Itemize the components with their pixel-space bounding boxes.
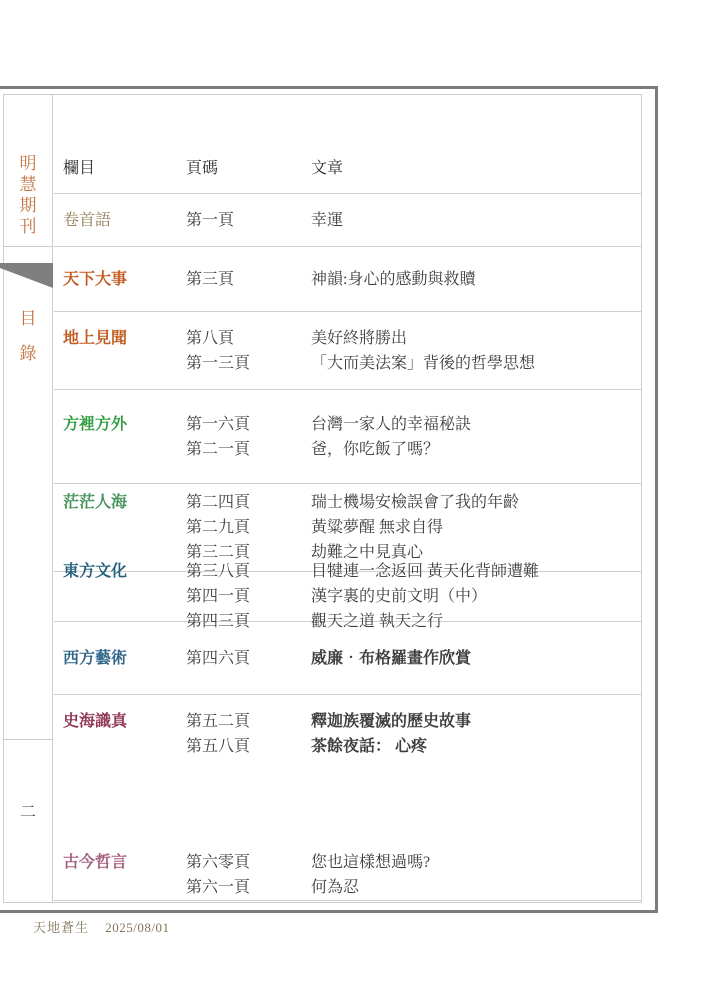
magazine-title-char: 期 [20, 197, 37, 214]
page-ref: 第六一頁 [186, 875, 311, 900]
page-ref: 第一三頁 [186, 351, 311, 376]
toc-label-char: 錄 [20, 345, 37, 362]
article-title: 爸，你吃飯了嗎？ [311, 437, 641, 462]
page-ref: 第二九頁 [186, 515, 311, 540]
publication-name: 天地蒼生 [33, 920, 89, 935]
magazine-title-char: 明 [20, 155, 37, 172]
column-header-article: 文章 [311, 155, 641, 178]
page-ref: 第一六頁 [186, 412, 311, 437]
table-row: 古今哲言第六零頁您也這樣想過嗎?第六一頁何為忍 [54, 850, 641, 901]
category-label: 方裡方外 [54, 412, 186, 437]
page-ref: 第三八頁 [186, 559, 311, 584]
toc-entry: 第二一頁爸，你吃飯了嗎？ [186, 437, 641, 462]
toc-entry: 第四六頁威廉‧布格羅畫作欣賞 [186, 646, 641, 671]
magazine-toc-page: 明慧期刊 目錄 二 欄目 頁碼 文章 卷首語第一頁幸運天下大事第三頁神韻:身心的… [0, 0, 707, 1000]
page-ref: 第八頁 [186, 326, 311, 351]
toc-entry: 第五八頁茶餘夜話： 心疼 [186, 734, 641, 759]
category-label: 西方藝術 [54, 646, 186, 671]
article-title: 瑞士機場安檢誤會了我的年齡 [311, 490, 641, 515]
table-row: 史海識真第五二頁釋迦族覆滅的歷史故事第五八頁茶餘夜話： 心疼 [54, 695, 641, 850]
article-title: 神韻:身心的感動與救贖 [311, 267, 641, 292]
magazine-title: 明慧期刊 [4, 155, 52, 235]
page-ref: 第四一頁 [186, 584, 311, 609]
sidebar-divider-top [4, 246, 52, 247]
issue-date: 2025/08/01 [105, 920, 169, 935]
page-ref: 第二四頁 [186, 490, 311, 515]
table-row: 天下大事第三頁神韻:身心的感動與救贖 [54, 247, 641, 312]
toc-entry: 第八頁美好終將勝出 [186, 326, 641, 351]
table-row: 地上見聞第八頁美好終將勝出第一三頁「大而美法案」背後的哲學思想 [54, 312, 641, 390]
article-title: 黃粱夢醒 無求自得 [311, 515, 641, 540]
toc-entry: 第六一頁何為忍 [186, 875, 641, 900]
toc-entry: 第三頁神韻:身心的感動與救贖 [186, 267, 641, 292]
category-label: 天下大事 [54, 267, 186, 292]
article-title: 台灣一家人的幸福秘訣 [311, 412, 641, 437]
toc-label-char: 目 [20, 310, 37, 327]
toc-entry: 第五二頁釋迦族覆滅的歷史故事 [186, 709, 641, 734]
table-row: 東方文化第三八頁目犍連一念返回 黃天化背師遭難第四一頁漢字裏的史前文明（中）第四… [54, 572, 641, 622]
toc-entry: 第一頁幸運 [186, 208, 641, 233]
article-title: 幸運 [311, 208, 641, 233]
article-title: 美好終將勝出 [311, 326, 641, 351]
article-title: 何為忍 [311, 875, 641, 900]
category-label: 古今哲言 [54, 850, 186, 875]
table-row: 西方藝術第四六頁威廉‧布格羅畫作欣賞 [54, 622, 641, 695]
article-title: 「大而美法案」背後的哲學思想 [311, 351, 641, 376]
category-label: 史海識真 [54, 709, 186, 734]
page-number: 二 [4, 805, 52, 821]
toc-entry: 第二四頁瑞士機場安檢誤會了我的年齡 [186, 490, 641, 515]
sidebar-divider-bottom [4, 739, 52, 740]
toc-table: 欄目 頁碼 文章 卷首語第一頁幸運天下大事第三頁神韻:身心的感動與救贖地上見聞第… [54, 95, 641, 902]
toc-entry: 第三八頁目犍連一念返回 黃天化背師遭難 [186, 559, 641, 584]
table-header-row: 欄目 頁碼 文章 [54, 95, 641, 194]
page-ref: 第二一頁 [186, 437, 311, 462]
category-label: 茫茫人海 [54, 490, 186, 515]
sidebar: 明慧期刊 目錄 二 [4, 95, 53, 902]
magazine-title-char: 刊 [20, 218, 37, 235]
page-ref: 第一頁 [186, 208, 311, 233]
article-title: 您也這樣想過嗎? [311, 850, 641, 875]
article-title: 漢字裏的史前文明（中） [311, 584, 641, 609]
toc-entry: 第四一頁漢字裏的史前文明（中） [186, 584, 641, 609]
page-ref: 第六零頁 [186, 850, 311, 875]
table-row: 卷首語第一頁幸運 [54, 194, 641, 247]
toc-label: 目錄 [4, 310, 52, 362]
article-title: 釋迦族覆滅的歷史故事 [311, 709, 641, 734]
category-label: 卷首語 [54, 208, 186, 233]
toc-entry: 第一三頁「大而美法案」背後的哲學思想 [186, 351, 641, 376]
column-header-category: 欄目 [54, 155, 186, 178]
article-title: 威廉‧布格羅畫作欣賞 [311, 646, 641, 671]
page-ref: 第四六頁 [186, 646, 311, 671]
footer: 天地蒼生 2025/08/01 [33, 917, 170, 936]
page-ref: 第三頁 [186, 267, 311, 292]
magazine-title-char: 慧 [20, 176, 37, 193]
content-box: 明慧期刊 目錄 二 欄目 頁碼 文章 卷首語第一頁幸運天下大事第三頁神韻:身心的… [3, 94, 642, 903]
toc-entry: 第一六頁台灣一家人的幸福秘訣 [186, 412, 641, 437]
page-ref: 第五二頁 [186, 709, 311, 734]
category-label: 東方文化 [54, 559, 186, 584]
article-title: 茶餘夜話： 心疼 [311, 734, 641, 759]
table-row: 方裡方外第一六頁台灣一家人的幸福秘訣第二一頁爸，你吃飯了嗎？ [54, 390, 641, 484]
column-header-page: 頁碼 [186, 155, 311, 178]
article-title: 目犍連一念返回 黃天化背師遭難 [311, 559, 641, 584]
page-ref: 第五八頁 [186, 734, 311, 759]
category-label: 地上見聞 [54, 326, 186, 351]
toc-entry: 第六零頁您也這樣想過嗎? [186, 850, 641, 875]
toc-entry: 第二九頁黃粱夢醒 無求自得 [186, 515, 641, 540]
